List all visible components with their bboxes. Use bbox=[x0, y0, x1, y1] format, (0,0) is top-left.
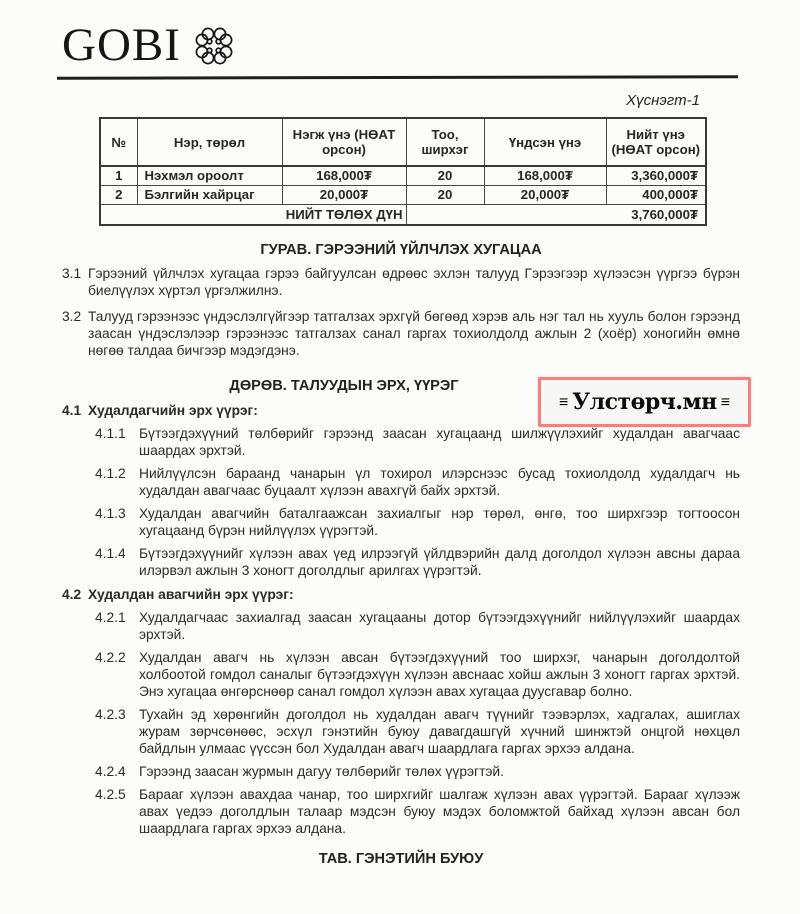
clause-number: 4.1 bbox=[62, 402, 88, 419]
clause-text: Талууд гэрээнээс үндэслэлгүйгээр татгалз… bbox=[88, 308, 740, 359]
clause-number: 4.1.3 bbox=[95, 505, 139, 539]
clause-text: Гэрээний үйлчлэх хугацаа гэрээ байгуулса… bbox=[88, 265, 740, 299]
col-header-no: № bbox=[100, 118, 137, 166]
scanned-contract-page: GOBI Хүснэгт-1 № Нэр, төрөл Нэгж үнэ (НӨ… bbox=[0, 0, 800, 914]
table-total-row: НИЙТ ТӨЛӨХ ДҮН 3,760,000₮ bbox=[100, 204, 706, 225]
clause-4-1-2: 4.1.2 Нийлүүлсэн бараанд чанарын үл тохи… bbox=[95, 465, 740, 499]
cell-base-price: 168,000₮ bbox=[484, 166, 606, 185]
section-3-heading: ГУРАВ. ГЭРЭЭНИЙ ҮЙЛЧЛЭХ ХУГАЦАА bbox=[62, 241, 740, 259]
cell-name: Бэлгийн хайрцаг bbox=[137, 185, 282, 204]
clause-number: 4.2.2 bbox=[95, 649, 139, 700]
clause-text: Барааг хүлээн авахдаа чанар, тоо ширхгий… bbox=[139, 786, 740, 837]
total-label: НИЙТ ТӨЛӨХ ДҮН bbox=[100, 204, 406, 225]
cell-no: 2 bbox=[100, 185, 137, 204]
clause-3-1: 3.1 Гэрээний үйлчлэх хугацаа гэрээ байгу… bbox=[62, 265, 740, 299]
clause-text: Худалдан авагч нь хүлээн авсан бүтээгдэх… bbox=[139, 649, 740, 700]
clause-text: Худалдагчаас захиалгад заасан хугацааны … bbox=[139, 609, 740, 643]
cell-qty: 20 bbox=[406, 185, 484, 204]
clause-text: Гэрээнд заасан журмын дагуу төлбөрийг тө… bbox=[139, 763, 740, 780]
clause-4-2-2: 4.2.2 Худалдан авагч нь хүлээн авсан бүт… bbox=[95, 649, 740, 700]
cell-base-price: 20,000₮ bbox=[484, 185, 606, 204]
clause-4-2-4: 4.2.4 Гэрээнд заасан журмын дагуу төлбөр… bbox=[95, 763, 740, 780]
clause-number: 4.2.3 bbox=[95, 706, 139, 757]
total-amount: 3,760,000₮ bbox=[406, 204, 706, 225]
col-header-base-price: Үндсэн үнэ bbox=[484, 118, 606, 166]
clause-number: 3.2 bbox=[62, 308, 88, 359]
clause-number: 4.2.5 bbox=[95, 786, 139, 837]
stamp-text: Улстөрч.мн bbox=[572, 394, 716, 411]
clause-text: Бүтээгдэхүүний төлбөрийг гэрээнд заасан … bbox=[139, 425, 740, 459]
clause-number: 4.1.4 bbox=[95, 545, 139, 579]
cell-name: Нэхмэл ороолт bbox=[137, 166, 282, 185]
cell-qty: 20 bbox=[406, 166, 484, 185]
clause-4-1-1: 4.1.1 Бүтээгдэхүүний төлбөрийг гэрээнд з… bbox=[95, 425, 740, 459]
gobi-logo-text: GOBI bbox=[62, 22, 181, 68]
clause-4-1-3: 4.1.3 Худалдан авагчийн баталгаажсан зах… bbox=[95, 505, 740, 539]
clause-text: Бүтээгдэхүүнийг хүлээн авах үед илрээгүй… bbox=[139, 545, 740, 579]
cell-total-price: 3,360,000₮ bbox=[606, 166, 706, 185]
table-row: 1 Нэхмэл ороолт 168,000₮ 20 168,000₮ 3,3… bbox=[100, 166, 706, 185]
price-table: № Нэр, төрөл Нэгж үнэ (НӨАТ орсон) Тоо, … bbox=[99, 117, 707, 226]
section-5-heading: ТАВ. ГЭНЭТИЙН БУЮУ bbox=[62, 850, 740, 868]
col-header-unit-price: Нэгж үнэ (НӨАТ орсон) bbox=[282, 118, 406, 166]
clause-4-2-1: 4.2.1 Худалдагчаас захиалгад заасан хуга… bbox=[95, 609, 740, 643]
col-header-qty: Тоо, ширхэг bbox=[406, 118, 484, 166]
contract-body: ГУРАВ. ГЭРЭЭНИЙ ҮЙЛЧЛЭХ ХУГАЦАА 3.1 Гэрэ… bbox=[62, 241, 740, 868]
col-header-name: Нэр, төрөл bbox=[137, 118, 282, 166]
clause-number: 4.2.1 bbox=[95, 609, 139, 643]
cell-unit-price: 20,000₮ bbox=[282, 185, 406, 204]
clause-3-2: 3.2 Талууд гэрээнээс үндэслэлгүйгээр тат… bbox=[62, 308, 740, 359]
clause-4-2-5: 4.2.5 Барааг хүлээн авахдаа чанар, тоо ш… bbox=[95, 786, 740, 837]
col-header-total-price: Нийт үнэ (НӨАТ орсон) bbox=[606, 118, 706, 166]
clause-4-2-3: 4.2.3 Тухайн эд хөрөнгийн доголдол нь ху… bbox=[95, 706, 740, 757]
gobi-knot-icon bbox=[193, 25, 235, 67]
section-4-heading: ДӨРӨВ. ТАЛУУДЫН ЭРХ, ҮҮРЭГ bbox=[229, 377, 458, 395]
table-header-row: № Нэр, төрөл Нэгж үнэ (НӨАТ орсон) Тоо, … bbox=[100, 118, 706, 166]
table-caption: Хүснэгт-1 bbox=[0, 92, 700, 109]
stamp-wing-right: ≡ bbox=[721, 394, 730, 411]
clause-number: 4.1.2 bbox=[95, 465, 139, 499]
clause-title: Худалдан авагчийн эрх үүрэг: bbox=[88, 586, 740, 603]
cell-total-price: 400,000₮ bbox=[606, 185, 706, 204]
ulsturch-stamp: ≡ Улстөрч.мн ≡ bbox=[538, 377, 751, 427]
clause-4-1-4: 4.1.4 Бүтээгдэхүүнийг хүлээн авах үед ил… bbox=[95, 545, 740, 579]
clause-number: 4.2 bbox=[62, 586, 88, 603]
cell-unit-price: 168,000₮ bbox=[282, 166, 406, 185]
clause-text: Нийлүүлсэн бараанд чанарын үл тохирол ил… bbox=[139, 465, 740, 499]
clause-4-2: 4.2 Худалдан авагчийн эрх үүрэг: bbox=[62, 586, 740, 603]
clause-text: Худалдан авагчийн баталгаажсан захиалгыг… bbox=[139, 505, 740, 539]
clause-text: Тухайн эд хөрөнгийн доголдол нь худалдан… bbox=[139, 706, 740, 757]
clause-number: 4.2.4 bbox=[95, 763, 139, 780]
letterhead: GOBI bbox=[62, 22, 800, 68]
header-divider bbox=[57, 75, 738, 79]
clause-number: 3.1 bbox=[62, 265, 88, 299]
table-row: 2 Бэлгийн хайрцаг 20,000₮ 20 20,000₮ 400… bbox=[100, 185, 706, 204]
cell-no: 1 bbox=[100, 166, 137, 185]
clause-number: 4.1.1 bbox=[95, 425, 139, 459]
stamp-wing-left: ≡ bbox=[559, 394, 568, 411]
